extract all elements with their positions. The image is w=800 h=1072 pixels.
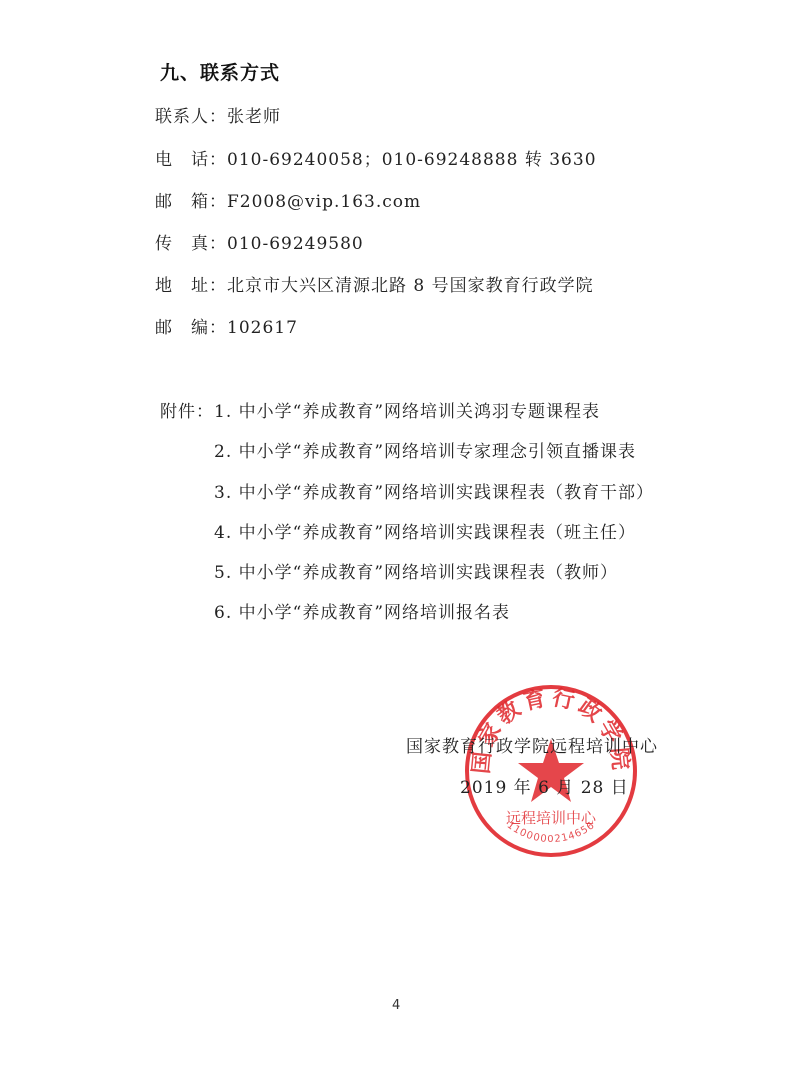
signing-organization: 国家教育行政学院远程培训中心	[406, 732, 658, 757]
attachment-item: 5. 中小学“养成教育”网络培训实践课程表（教师）	[214, 558, 618, 583]
contact-value: 010-69240058；010-69248888 转 3630	[227, 150, 597, 170]
section-heading: 九、联系方式	[160, 58, 280, 85]
contact-value: F2008@vip.163.com	[227, 192, 421, 212]
contact-phone: 电 话：010-69240058；010-69248888 转 3630	[155, 145, 597, 170]
contact-label: 传 真：	[155, 234, 227, 254]
attachment-item: 2. 中小学“养成教育”网络培训专家理念引领直播课表	[214, 437, 636, 462]
signing-date: 2019 年 6 月 28 日	[460, 773, 629, 798]
contact-value: 北京市大兴区清源北路 8 号国家教育行政学院	[227, 276, 594, 296]
contact-label: 电 话：	[155, 150, 227, 170]
contact-value: 010-69249580	[227, 234, 364, 254]
contact-label: 地 址：	[155, 276, 227, 296]
contact-label: 邮 编：	[155, 318, 227, 338]
attachment-item: 6. 中小学“养成教育”网络培训报名表	[214, 598, 510, 623]
contact-address: 地 址：北京市大兴区清源北路 8 号国家教育行政学院	[155, 271, 594, 296]
attachment-item: 3. 中小学“养成教育”网络培训实践课程表（教育干部）	[214, 478, 654, 503]
attachment-item: 1. 中小学“养成教育”网络培训关鸿羽专题课程表	[214, 397, 600, 422]
official-seal-icon: 国家教育行政学院 远程培训中心 1100000214656	[463, 683, 639, 859]
contact-person: 联系人：张老师	[155, 102, 281, 127]
contact-value: 102617	[227, 318, 298, 338]
page-number: 4	[392, 998, 400, 1013]
attachment-label: 附件：	[160, 397, 214, 422]
contact-label: 联系人：	[155, 107, 227, 127]
contact-postcode: 邮 编：102617	[155, 313, 298, 338]
attachment-item: 4. 中小学“养成教育”网络培训实践课程表（班主任）	[214, 518, 636, 543]
contact-email: 邮 箱：F2008@vip.163.com	[155, 187, 421, 212]
svg-text:远程培训中心: 远程培训中心	[506, 809, 597, 827]
contact-value: 张老师	[227, 107, 281, 127]
contact-label: 邮 箱：	[155, 192, 227, 212]
contact-fax: 传 真：010-69249580	[155, 229, 364, 254]
